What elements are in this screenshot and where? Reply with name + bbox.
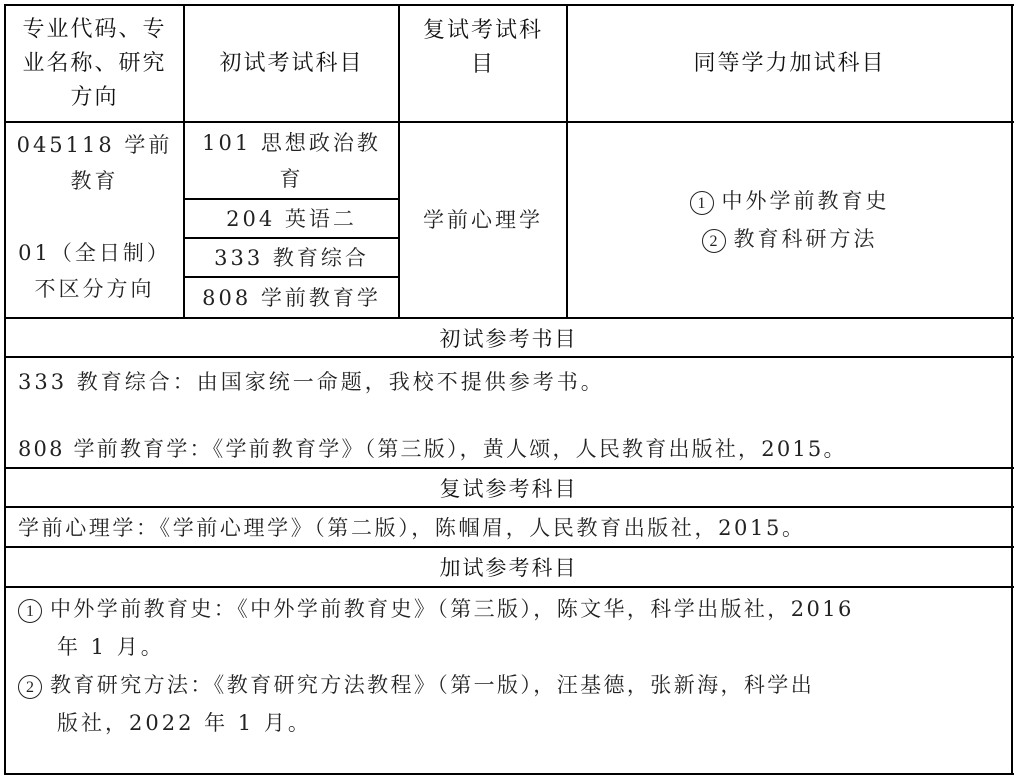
subject-line: 333 教育综合 [214, 239, 369, 277]
section-title-retest-books: 复试参考科目 [6, 469, 1011, 506]
table-border-right [1011, 4, 1013, 775]
major-code-name: 045118 学前 [17, 127, 173, 163]
major-cell: 045118 学前 教育 01（全日制） 不区分方向 [6, 123, 183, 317]
header-initial-exam-label: 初试考试科目 [219, 47, 363, 81]
equivalent-subject-item: 1中外学前教育史 [690, 182, 890, 220]
section-title-label: 复试参考科目 [440, 473, 578, 503]
equivalent-subjects: 1中外学前教育史 2教育科研方法 [568, 123, 1011, 317]
initial-subject-101: 101 思想政治教 育 [185, 123, 398, 198]
major-direction: 不区分方向 [35, 271, 155, 307]
header-retest: 复试考试科 目 [400, 6, 566, 121]
additional-book-text: 中外学前教育史：《中外学前教育史》（第三版），陈文华，科学出版社，2016 [50, 597, 854, 621]
header-equivalent-label: 同等学力加试科目 [693, 47, 885, 81]
section-title-initial-books: 初试参考书目 [6, 319, 1011, 356]
section-title-label: 初试参考书目 [440, 323, 578, 353]
section-title-additional-books: 加试参考科目 [6, 548, 1011, 586]
retest-book-line: 学前心理学：《学前心理学》（第二版），陈帼眉，人民教育出版社，2015。 [18, 515, 806, 541]
circled-number-icon: 2 [18, 675, 42, 699]
additional-book-line: 年 1 月。 [57, 634, 165, 660]
equivalent-subject-label: 中外学前教育史 [722, 189, 890, 213]
table-border-bottom [4, 773, 1014, 775]
header-major-line: 方向 [70, 81, 118, 115]
equivalent-subject-label: 教育科研方法 [734, 227, 878, 251]
initial-subject-808: 808 学前教育学 [185, 278, 398, 317]
additional-book-line: 1中外学前教育史：《中外学前教育史》（第三版），陈文华，科学出版社，2016 [18, 596, 854, 623]
retest-subject-label: 学前心理学 [423, 201, 543, 239]
subject-line: 204 英语二 [226, 200, 357, 238]
subject-line: 101 思想政治教 [202, 125, 381, 161]
additional-book-line: 2教育研究方法：《教育研究方法教程》（第一版），汪基德，张新海，科学出 [18, 672, 814, 699]
subject-line: 育 [280, 161, 304, 197]
header-major-line: 专业代码、专 [22, 13, 166, 47]
initial-book-line: 333 教育综合：由国家统一命题，我校不提供参考书。 [18, 369, 605, 395]
section-title-label: 加试参考科目 [440, 552, 578, 582]
equivalent-subject-item: 2教育科研方法 [702, 220, 878, 258]
header-major-line: 业名称、研究 [22, 47, 166, 81]
initial-subject-204: 204 英语二 [185, 200, 398, 237]
row-divider [4, 506, 1014, 508]
header-equivalent: 同等学力加试科目 [568, 6, 1011, 121]
row-divider [4, 356, 1014, 358]
subject-line: 808 学前教育学 [202, 279, 381, 317]
initial-subject-333: 333 教育综合 [185, 239, 398, 276]
header-initial-exam: 初试考试科目 [185, 6, 398, 121]
additional-book-text: 教育研究方法：《教育研究方法教程》（第一版），汪基德，张新海，科学出 [50, 673, 814, 697]
row-divider [4, 586, 1014, 588]
retest-subject: 学前心理学 [400, 123, 566, 317]
major-code-name: 教育 [71, 163, 119, 199]
additional-book-line: 版社，2022 年 1 月。 [57, 710, 312, 736]
circled-number-icon: 1 [690, 191, 714, 215]
header-retest-line: 复试考试科 [423, 14, 543, 48]
header-retest-line: 目 [471, 48, 495, 82]
circled-number-icon: 2 [702, 229, 726, 253]
initial-book-line: 808 学前教育学：《学前教育学》（第三版），黄人颂，人民教育出版社，2015。 [18, 436, 847, 462]
major-direction: 01（全日制） [18, 235, 171, 271]
circled-number-icon: 1 [18, 599, 42, 623]
header-major: 专业代码、专 业名称、研究 方向 [6, 6, 183, 121]
